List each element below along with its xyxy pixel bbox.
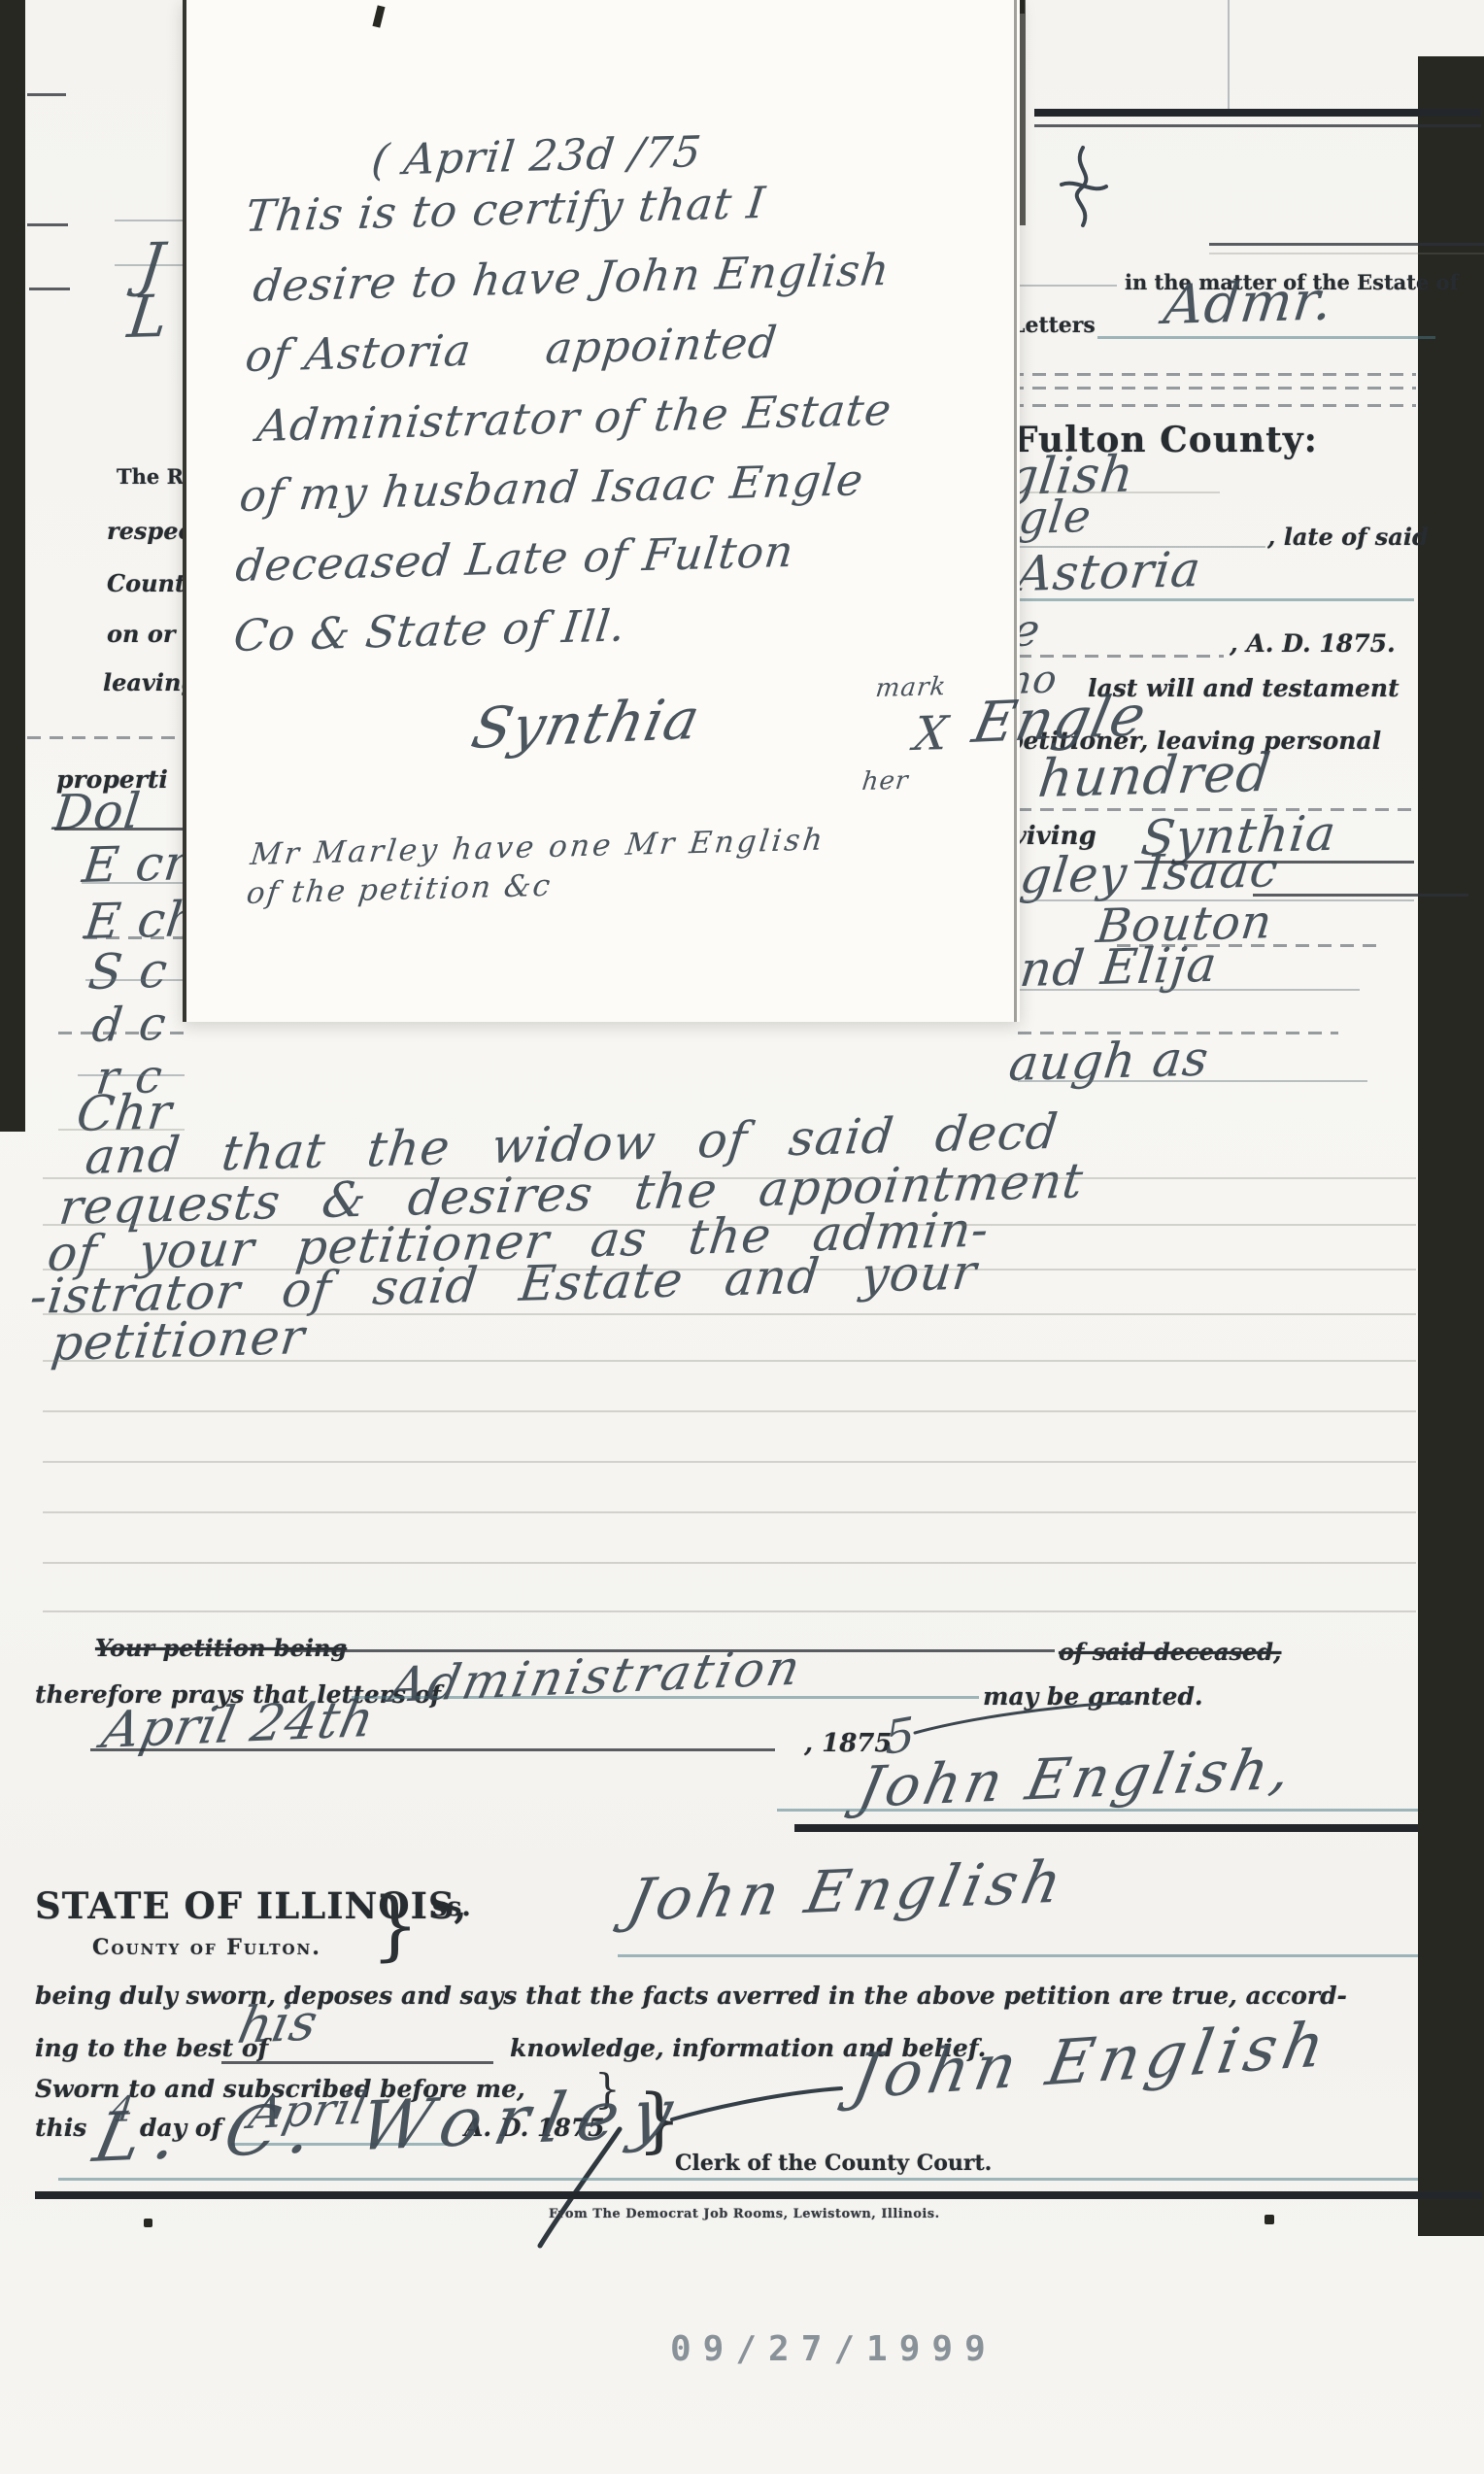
- pen-flourish: [913, 1698, 1136, 1737]
- ruled-line: [29, 288, 70, 290]
- handwritten-letters-type: Admr.: [1161, 269, 1336, 337]
- margin-scribble: d c: [89, 997, 170, 1053]
- ruled-line: [618, 1954, 1418, 1957]
- margin-scribble: S c: [85, 942, 171, 1000]
- margin-scribble: E cr: [80, 834, 191, 894]
- signature-john-english: John English,: [853, 1736, 1300, 1820]
- ruled-line: [1253, 894, 1468, 897]
- margin-scribble: L: [124, 283, 172, 352]
- ruled-line: [27, 223, 68, 226]
- ruled-line: [43, 1224, 1416, 1226]
- form-ss: ss.: [432, 1892, 471, 1922]
- ruled-line: [1228, 0, 1230, 109]
- ruled-line: [27, 93, 66, 96]
- register-dot: [144, 2219, 152, 2227]
- ruled-line: [58, 1032, 185, 1034]
- ruled-line: [1010, 404, 1416, 407]
- form-line-ing-best: ing to the best of: [35, 2034, 268, 2062]
- ruled-line: [43, 1269, 1416, 1271]
- form-line-late: , late of said: [1267, 523, 1429, 551]
- signature-synthia: Synthia: [466, 686, 706, 762]
- ruled-line: [43, 1562, 1416, 1564]
- ruled-line: [777, 1809, 1418, 1812]
- ruled-line: [794, 1824, 1418, 1832]
- ruled-line: [58, 2178, 1418, 2181]
- form-struck-text: of said deceased,: [1059, 1638, 1281, 1666]
- ruled-line: [43, 1461, 1416, 1463]
- handwritten-residence: Astoria: [1014, 541, 1204, 602]
- signature-mark-word: mark: [874, 672, 948, 703]
- ruled-line: [43, 1610, 1416, 1612]
- scan-border-right: [1418, 56, 1484, 2236]
- ruled-line: [54, 828, 185, 830]
- ruled-line: [85, 979, 185, 981]
- ruled-line: [1034, 124, 1481, 127]
- ruled-line: [1018, 598, 1414, 601]
- handwritten-his: his: [233, 1994, 323, 2055]
- ruled-line: [43, 1410, 1416, 1412]
- scan-border-left: [0, 0, 25, 1132]
- ruled-line: [1018, 1080, 1367, 1082]
- ruled-line: [43, 1313, 1416, 1315]
- signature-john-english: John English: [622, 1848, 1072, 1935]
- signature-john-english: John English: [847, 2009, 1335, 2114]
- pen-flourish: [670, 2083, 845, 2121]
- note-date: ( April 23d /75: [369, 127, 704, 186]
- footer-rule: [35, 2191, 1482, 2199]
- signature-engle: Engle: [967, 682, 1152, 756]
- datestamp: 09/27/1999: [670, 2329, 997, 2369]
- ruled-line: [115, 220, 183, 221]
- handwritten-name-tail: gle: [1016, 490, 1095, 544]
- ruled-line: [1010, 387, 1416, 390]
- handwritten-amount: hundred: [1035, 742, 1274, 809]
- margin-scribble: Dol: [51, 783, 144, 841]
- ruled-line: [221, 2061, 493, 2064]
- form-fragment: The R: [117, 464, 184, 489]
- form-county-heading: County of Fulton.: [92, 1935, 321, 1960]
- ruled-line: [82, 882, 185, 884]
- signature-mark-x: X: [911, 706, 952, 762]
- document-scan: J L The R respectf County, on or ab leav…: [0, 0, 1484, 2474]
- ruled-line: [43, 1511, 1416, 1513]
- brace-glyph: }: [371, 1882, 420, 1970]
- ruled-line: [43, 1360, 1416, 1362]
- ruled-line: [84, 936, 185, 939]
- form-label-letters: Letters: [1010, 313, 1096, 338]
- ruled-line: [90, 1748, 775, 1751]
- ruled-line: [1209, 243, 1484, 246]
- form-line-date: , A. D. 1875.: [1230, 629, 1396, 658]
- ruled-line: [1018, 989, 1360, 991]
- form-clerk-title: Clerk of the County Court.: [675, 2151, 992, 2176]
- pen-flourish: [536, 2127, 624, 2249]
- ruled-line: [78, 1074, 185, 1076]
- signature-her-word: her: [860, 766, 910, 796]
- note-line: Co & State of Ill.: [231, 599, 628, 661]
- ruled-line: [1010, 373, 1416, 376]
- form-struck-text: Your petition being: [95, 1634, 347, 1662]
- petition-body-line: petitioner: [49, 1308, 308, 1372]
- ruled-line: [43, 1177, 1416, 1179]
- form-line-being-sworn: being duly sworn, deposes and says that …: [35, 1982, 1347, 2010]
- register-dot: [1265, 2215, 1274, 2224]
- ruled-line: [1097, 336, 1435, 339]
- overlay-note-edge: [1014, 0, 1017, 1022]
- form-word-this: this: [35, 2114, 86, 2142]
- pen-flourish: [1054, 146, 1112, 228]
- printer-credit: From The Democrat Job Rooms, Lewistown, …: [549, 2207, 940, 2221]
- handwritten-heir: augh as: [1006, 1031, 1212, 1092]
- ruled-line: [27, 736, 183, 739]
- header-rule: [1034, 109, 1481, 117]
- ruled-line: [1209, 253, 1484, 254]
